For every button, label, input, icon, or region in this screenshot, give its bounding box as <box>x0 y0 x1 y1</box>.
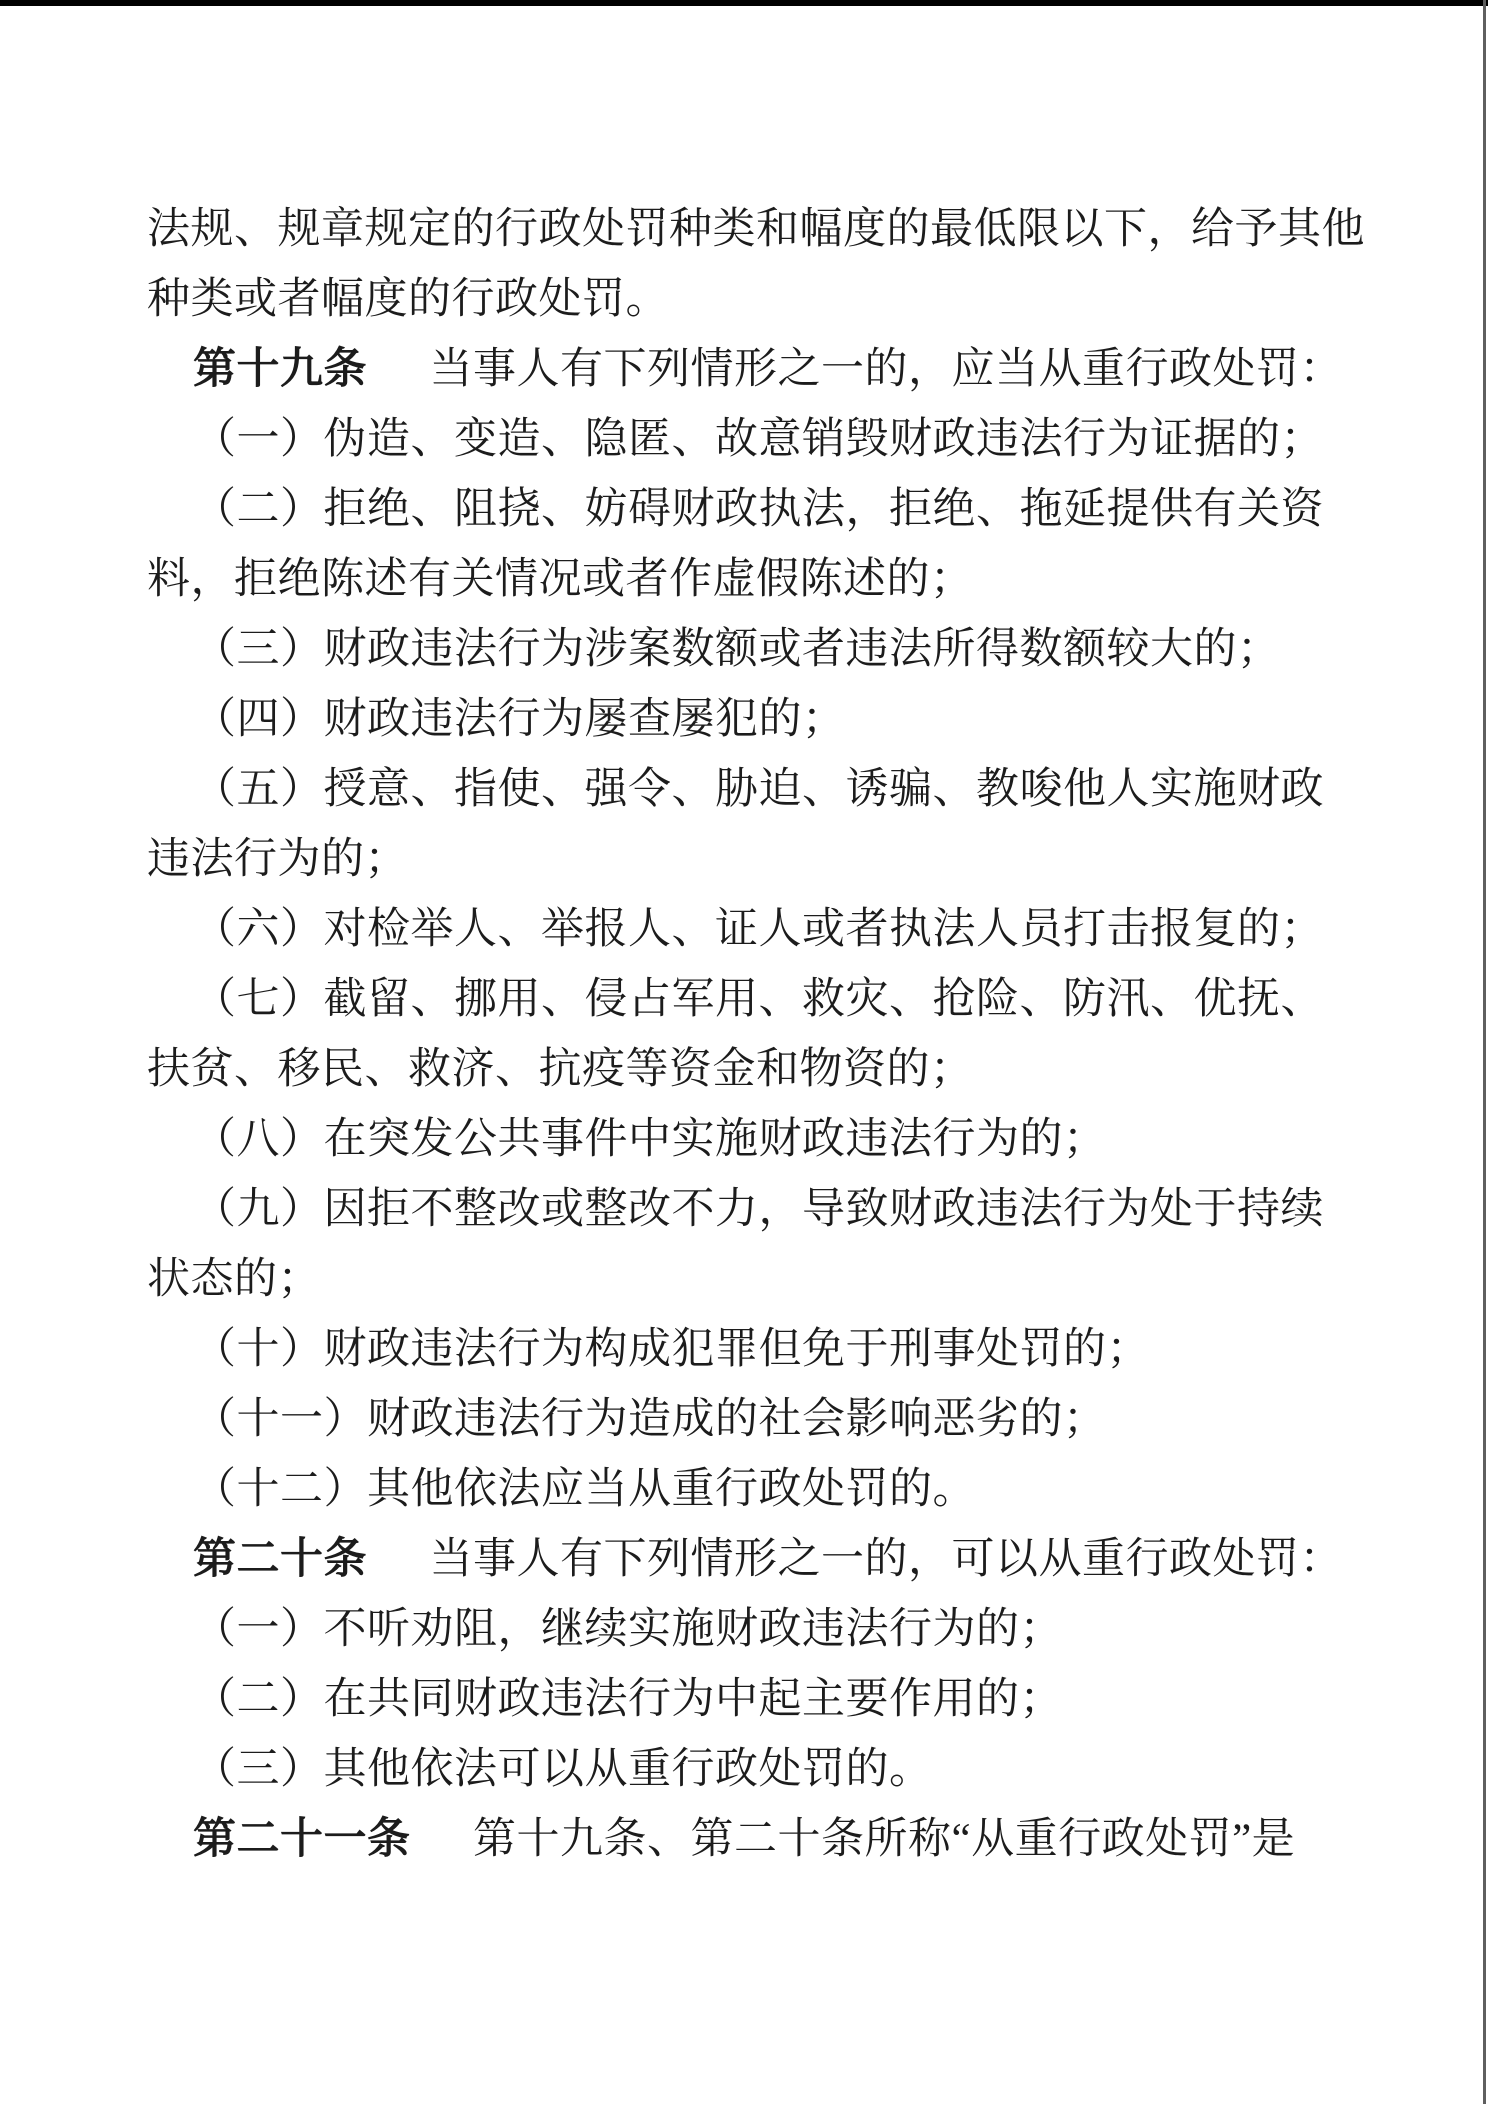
top-border-line <box>0 0 1488 6</box>
text-line: （二）拒绝、阻挠、妨碍财政执法，拒绝、拖延提供有关资 <box>147 475 1427 545</box>
article-number: 第二十一条 <box>193 1816 411 1863</box>
text-line: （十一）财政违法行为造成的社会影响恶劣的； <box>147 1385 1427 1455</box>
text-line: 第二十条 当事人有下列情形之一的，可以从重行政处罚： <box>147 1525 1427 1595</box>
line-text: 当事人有下列情形之一的，应当从重行政处罚： <box>430 346 1344 393</box>
line-text: （五）授意、指使、强令、胁迫、诱骗、教唆他人实施财政 <box>193 766 1324 813</box>
line-text: （六）对检举人、举报人、证人或者执法人员打击报复的； <box>193 906 1324 953</box>
line-text: （一）不听劝阻，继续实施财政违法行为的； <box>193 1606 1063 1653</box>
text-line: （六）对检举人、举报人、证人或者执法人员打击报复的； <box>147 895 1427 965</box>
line-text: 状态的； <box>147 1256 321 1303</box>
text-line: 法规、规章规定的行政处罚种类和幅度的最低限以下，给予其他 <box>147 195 1427 265</box>
line-text: （十一）财政违法行为造成的社会影响恶劣的； <box>193 1396 1107 1443</box>
line-text: （三）其他依法可以从重行政处罚的。 <box>193 1746 933 1793</box>
line-text: （二）在共同财政违法行为中起主要作用的； <box>193 1676 1063 1723</box>
text-line: 第十九条 当事人有下列情形之一的，应当从重行政处罚： <box>147 335 1427 405</box>
text-line: （七）截留、挪用、侵占军用、救灾、抢险、防汛、优抚、 <box>147 965 1427 1035</box>
text-line: （五）授意、指使、强令、胁迫、诱骗、教唆他人实施财政 <box>147 755 1427 825</box>
text-line: 状态的； <box>147 1245 1427 1315</box>
line-text: （八）在突发公共事件中实施财政违法行为的； <box>193 1116 1107 1163</box>
text-line: （十）财政违法行为构成犯罪但免于刑事处罚的； <box>147 1315 1427 1385</box>
line-text: 种类或者幅度的行政处罚。 <box>147 276 669 323</box>
line-text: 料，拒绝陈述有关情况或者作虚假陈述的； <box>147 556 974 603</box>
text-line: （十二）其他依法应当从重行政处罚的。 <box>147 1455 1427 1525</box>
text-line: 扶贫、移民、救济、抗疫等资金和物资的； <box>147 1035 1427 1105</box>
article-number: 第二十条 <box>193 1536 367 1583</box>
text-line: （三）财政违法行为涉案数额或者违法所得数额较大的； <box>147 615 1427 685</box>
text-line: 料，拒绝陈述有关情况或者作虚假陈述的； <box>147 545 1427 615</box>
text-line: （二）在共同财政违法行为中起主要作用的； <box>147 1665 1427 1735</box>
text-line: （九）因拒不整改或整改不力，导致财政违法行为处于持续 <box>147 1175 1427 1245</box>
text-line: （一）不听劝阻，继续实施财政违法行为的； <box>147 1595 1427 1665</box>
article-number: 第十九条 <box>193 346 367 393</box>
text-line: （三）其他依法可以从重行政处罚的。 <box>147 1735 1427 1805</box>
right-border-line <box>1483 0 1486 2104</box>
text-line: （四）财政违法行为屡查屡犯的； <box>147 685 1427 755</box>
line-text: （二）拒绝、阻挠、妨碍财政执法，拒绝、拖延提供有关资 <box>193 486 1324 533</box>
line-text: 当事人有下列情形之一的，可以从重行政处罚： <box>430 1536 1344 1583</box>
document-page: 法规、规章规定的行政处罚种类和幅度的最低限以下，给予其他 种类或者幅度的行政处罚… <box>0 0 1488 2104</box>
line-text: 第十九条、第二十条所称“从重行政处罚”是 <box>473 1816 1295 1863</box>
text-line: 第二十一条 第十九条、第二十条所称“从重行政处罚”是 <box>147 1805 1427 1875</box>
line-text: （四）财政违法行为屡查屡犯的； <box>193 696 846 743</box>
document-body: 法规、规章规定的行政处罚种类和幅度的最低限以下，给予其他 种类或者幅度的行政处罚… <box>147 195 1427 1875</box>
line-text: 法规、规章规定的行政处罚种类和幅度的最低限以下，给予其他 <box>147 206 1365 253</box>
text-line: （一）伪造、变造、隐匿、故意销毁财政违法行为证据的； <box>147 405 1427 475</box>
line-text: （三）财政违法行为涉案数额或者违法所得数额较大的； <box>193 626 1281 673</box>
line-text: （十二）其他依法应当从重行政处罚的。 <box>193 1466 976 1513</box>
line-text: 违法行为的； <box>147 836 408 883</box>
line-text: 扶贫、移民、救济、抗疫等资金和物资的； <box>147 1046 974 1093</box>
line-text: （一）伪造、变造、隐匿、故意销毁财政违法行为证据的； <box>193 416 1324 463</box>
text-line: 违法行为的； <box>147 825 1427 895</box>
text-line: 种类或者幅度的行政处罚。 <box>147 265 1427 335</box>
line-text: （七）截留、挪用、侵占军用、救灾、抢险、防汛、优抚、 <box>193 976 1324 1023</box>
text-line: （八）在突发公共事件中实施财政违法行为的； <box>147 1105 1427 1175</box>
line-text: （九）因拒不整改或整改不力，导致财政违法行为处于持续 <box>193 1186 1324 1233</box>
line-text: （十）财政违法行为构成犯罪但免于刑事处罚的； <box>193 1326 1150 1373</box>
